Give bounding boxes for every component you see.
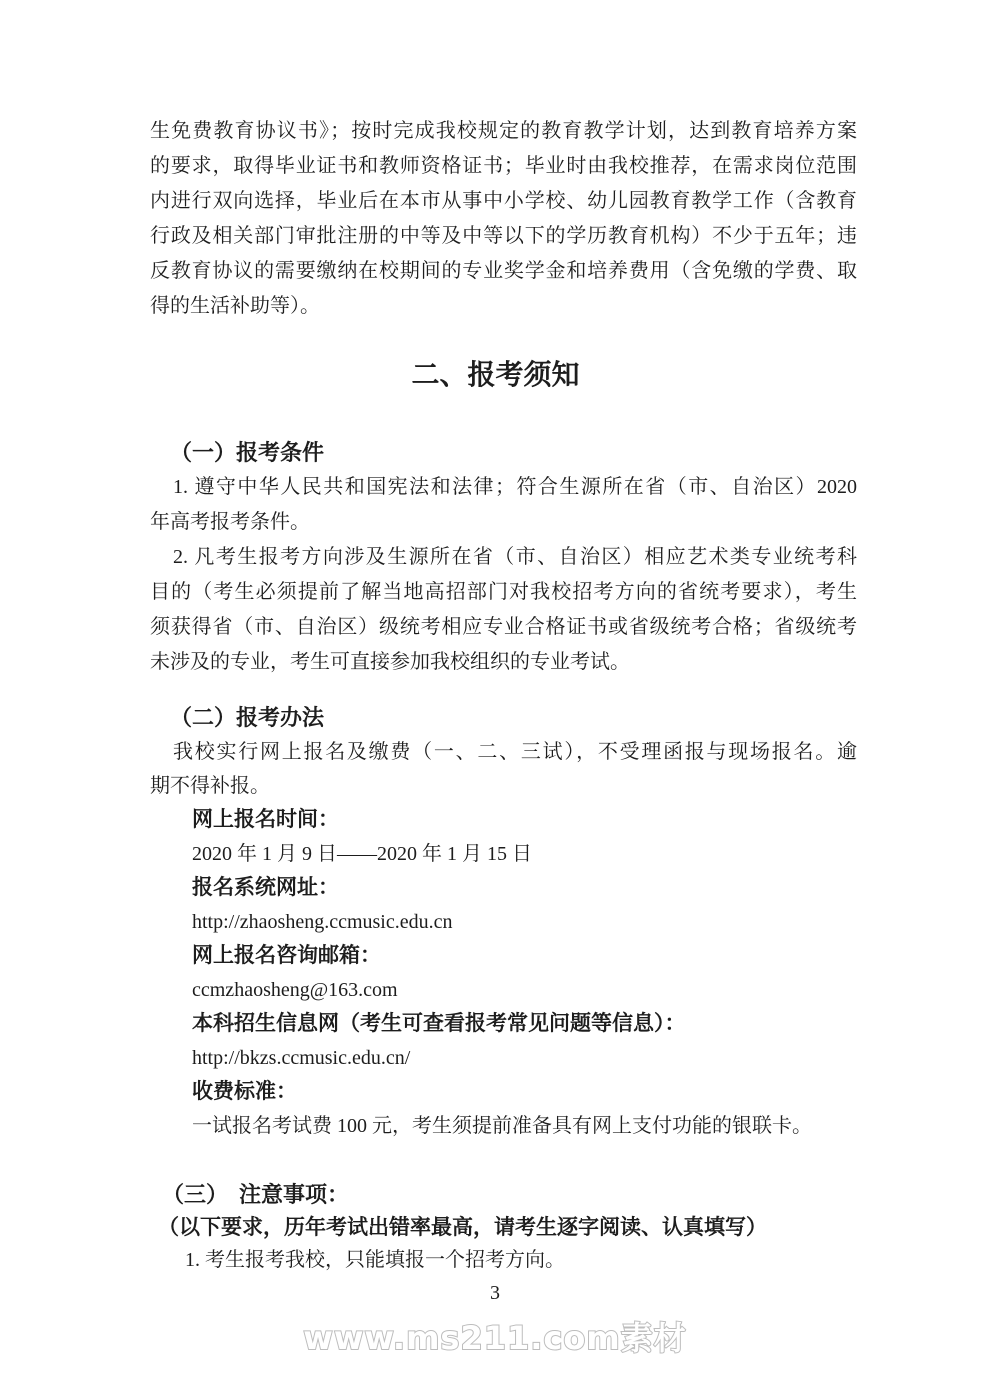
subsection-heading-requirements: （一）报考条件 (150, 435, 857, 470)
fee-value: 一试报名考试费 100 元，考生须提前准备具有网上支付功能的银联卡。 (150, 1109, 857, 1143)
registration-url: http://zhaosheng.ccmusic.edu.cn (150, 905, 857, 939)
section-application-method: （二）报考办法 我校实行网上报名及缴费（一、二、三试），不受理函报与现场报名。逾… (150, 701, 857, 1143)
intro-line: 的要求，取得毕业证书和教师资格证书；毕业时由我校推荐，在需求岗位范围 (150, 149, 857, 184)
email-value: ccmzhaosheng@163.com (150, 973, 857, 1007)
document-body: 生免费教育协议书》；按时完成我校规定的教育教学计划，达到教育培养方案 的要求，取… (150, 114, 857, 1277)
body-line: 未涉及的专业，考生可直接参加我校组织的专业考试。 (150, 645, 857, 680)
subsection-heading-notes: （三） 注意事项： (150, 1178, 857, 1211)
registration-time-value: 2020 年 1 月 9 日——2020 年 1 月 15 日 (150, 837, 857, 871)
intro-paragraph: 生免费教育协议书》；按时完成我校规定的教育教学计划，达到教育培养方案 的要求，取… (150, 114, 857, 324)
intro-line: 得的生活补助等）。 (150, 289, 857, 324)
body-line: 须获得省（市、自治区）级统考相应专业合格证书或省级统考合格；省级统考 (150, 610, 857, 645)
registration-time-label: 网上报名时间： (150, 803, 857, 837)
intro-line: 行政及相关部门审批注册的中等及中等以下的学历教育机构）不少于五年；违 (150, 219, 857, 254)
body-line: 年高考报考条件。 (150, 505, 857, 540)
body-line: 期不得补报。 (150, 769, 857, 803)
intro-line: 生免费教育协议书》；按时完成我校规定的教育教学计划，达到教育培养方案 (150, 114, 857, 149)
notes-item: 1. 考生报考我校，只能填报一个招考方向。 (150, 1244, 857, 1277)
body-line: 我校实行网上报名及缴费（一、二、三试），不受理函报与现场报名。逾 (150, 735, 857, 769)
body-line: 2. 凡考生报考方向涉及生源所在省（市、自治区）相应艺术类专业统考科 (150, 540, 857, 575)
registration-url-label: 报名系统网址： (150, 871, 857, 905)
intro-line: 内进行双向选择，毕业后在本市从事中小学校、幼儿园教育教学工作（含教育 (150, 184, 857, 219)
section-title: 二、报考须知 (142, 356, 849, 396)
body-line: 1. 遵守中华人民共和国宪法和法律；符合生源所在省（市、自治区）2020 (150, 470, 857, 505)
subsection-heading-method: （二）报考办法 (150, 701, 857, 735)
watermark: www.ms211.com素材 (0, 1316, 990, 1360)
section-notes: （三） 注意事项： （以下要求，历年考试出错率最高，请考生逐字阅读、认真填写） … (150, 1178, 857, 1277)
email-label: 网上报名咨询邮箱： (150, 939, 857, 973)
document-page: 生免费教育协议书》；按时完成我校规定的教育教学计划，达到教育培养方案 的要求，取… (0, 0, 990, 1399)
section-application-requirements: （一）报考条件 1. 遵守中华人民共和国宪法和法律；符合生源所在省（市、自治区）… (150, 435, 857, 680)
fee-label: 收费标准： (150, 1075, 857, 1109)
page-number: 3 (0, 1280, 990, 1306)
intro-line: 反教育协议的需要缴纳在校期间的专业奖学金和培养费用（含免缴的学费、取 (150, 254, 857, 289)
info-site-url: http://bkzs.ccmusic.edu.cn/ (150, 1041, 857, 1075)
info-site-label: 本科招生信息网（考生可查看报考常见问题等信息）： (150, 1007, 857, 1041)
notes-warning: （以下要求，历年考试出错率最高，请考生逐字阅读、认真填写） (150, 1211, 857, 1244)
body-line: 目的（考生必须提前了解当地高招部门对我校招考方向的省统考要求），考生 (150, 575, 857, 610)
